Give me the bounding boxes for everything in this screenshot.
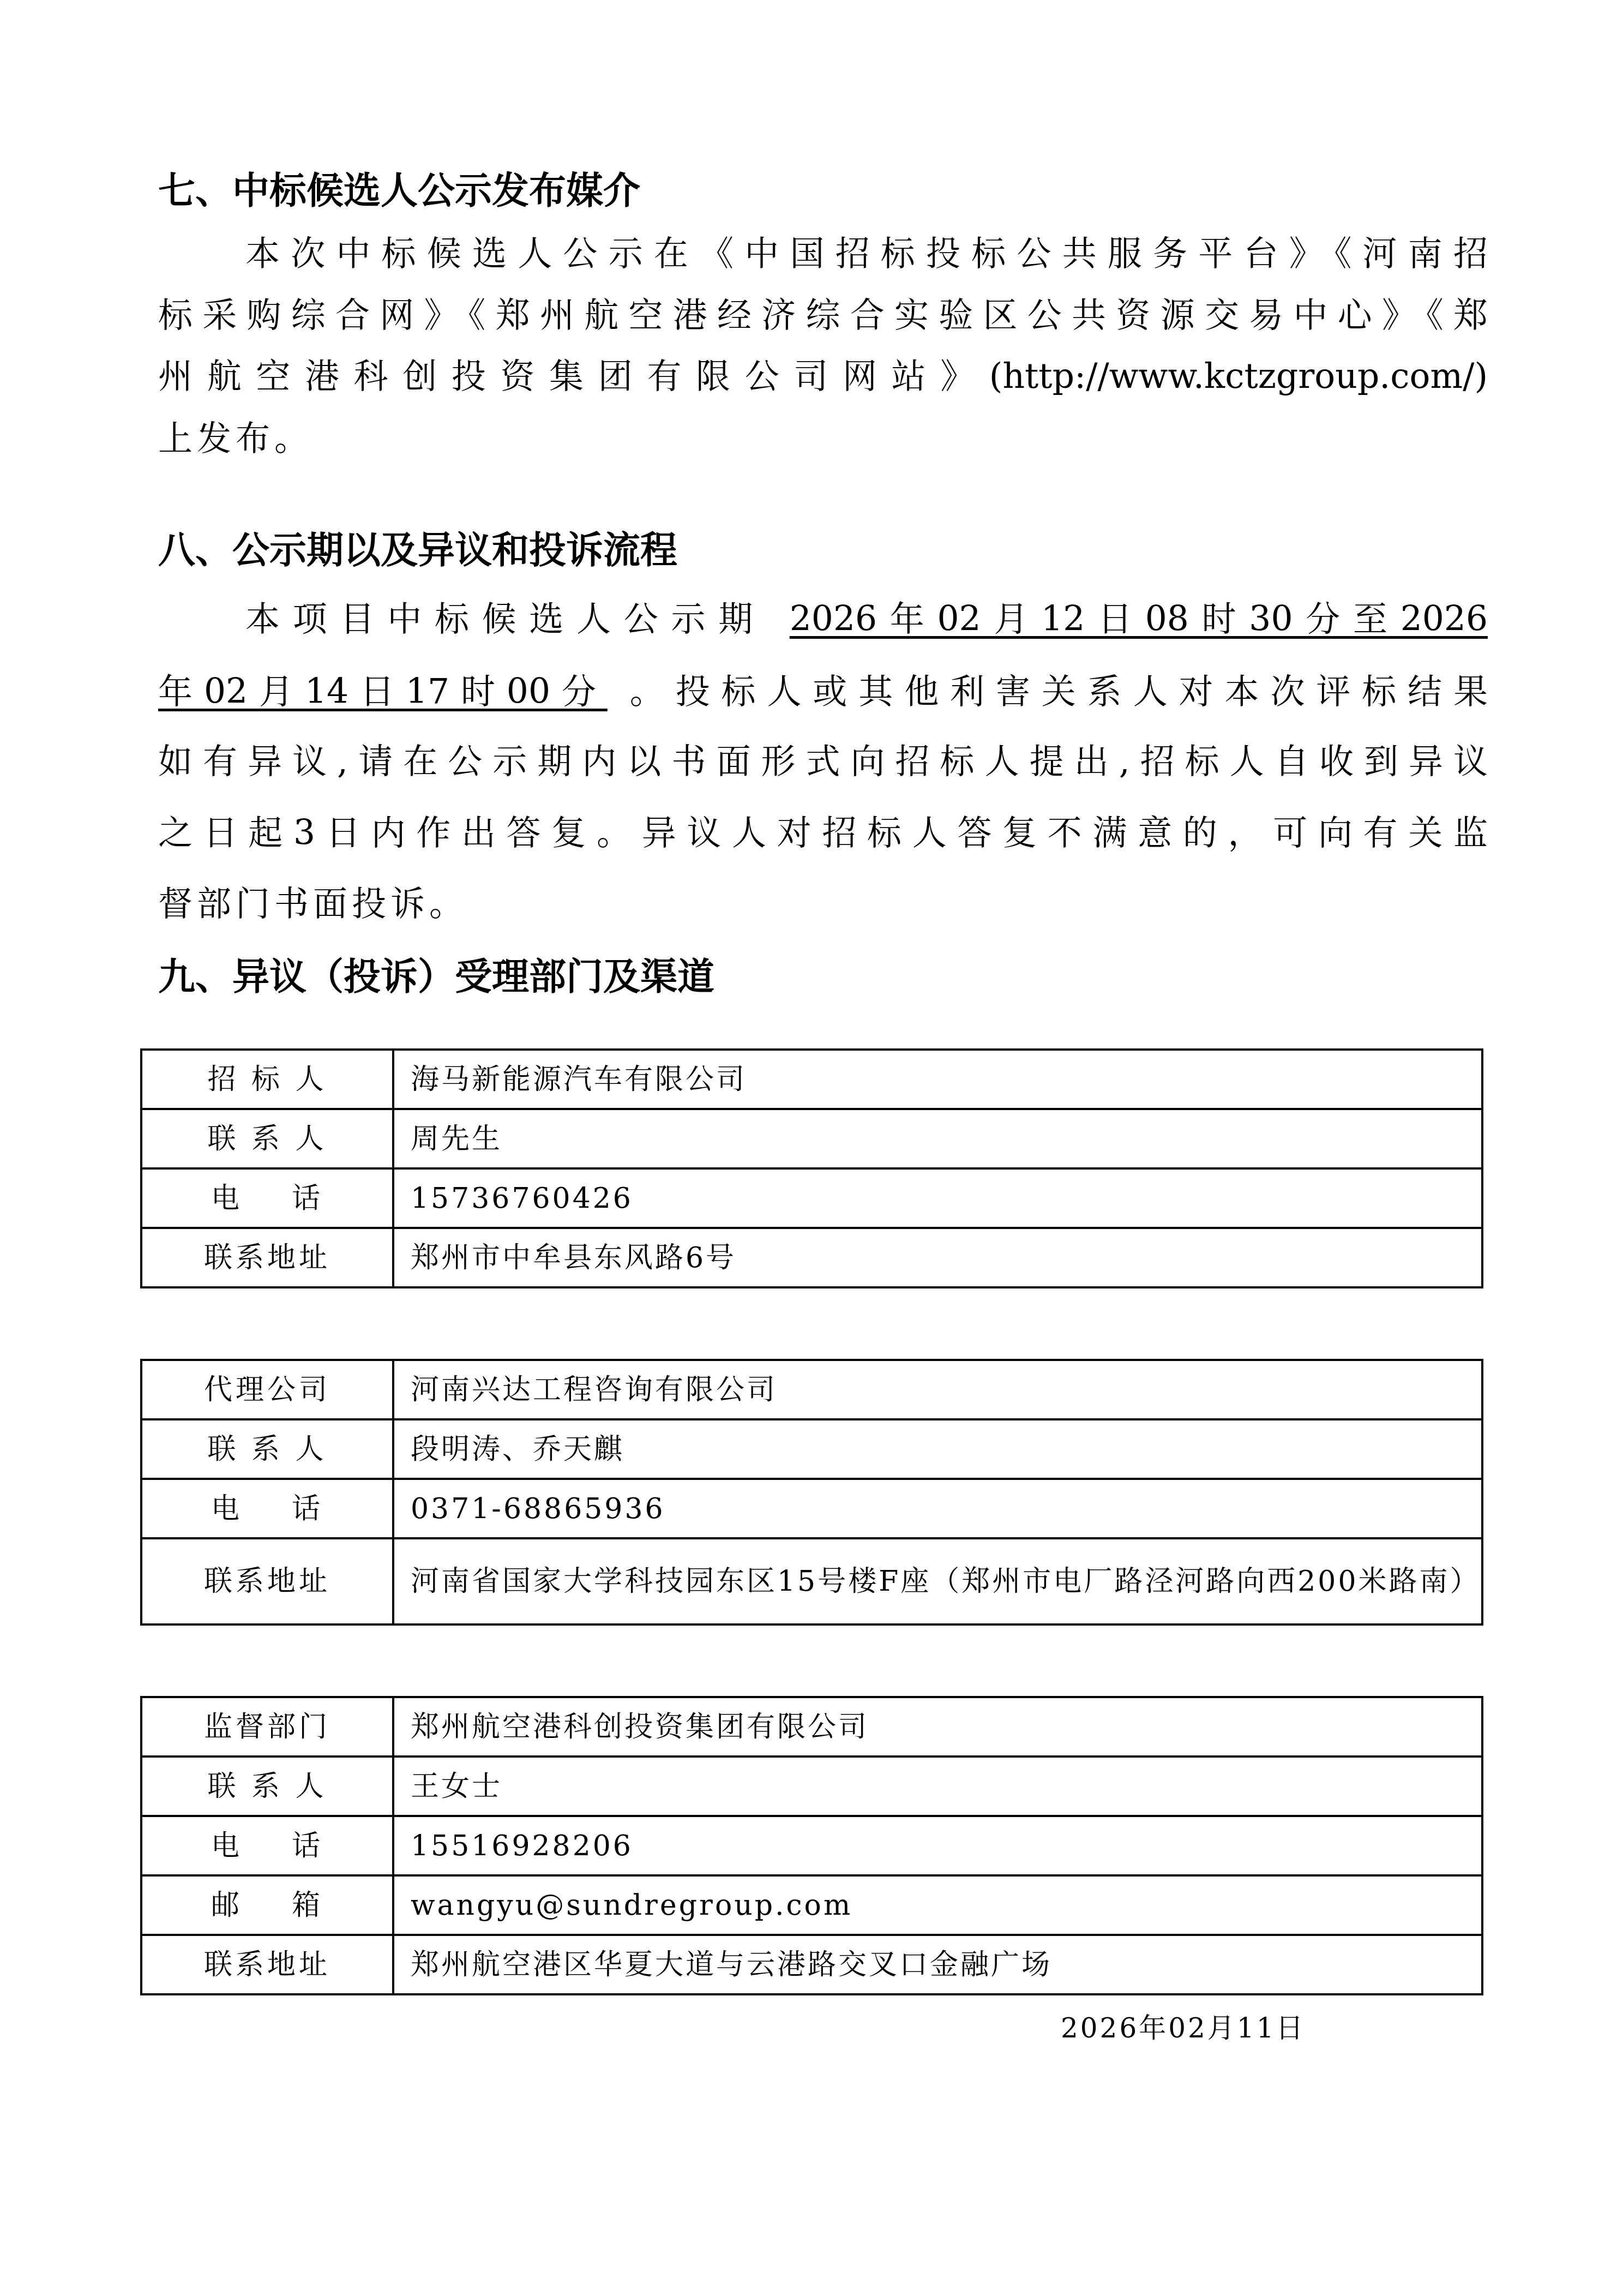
value-address: 郑州市中牟县东风路6号	[393, 1228, 1482, 1287]
label-address: 联系地址	[141, 1538, 393, 1624]
value-address: 郑州航空港区华夏大道与云港路交叉口金融广场	[393, 1935, 1482, 1994]
table-row: 联系地址郑州航空港区华夏大道与云港路交叉口金融广场	[141, 1935, 1482, 1994]
table-row: 联系地址河南省国家大学科技园东区15号楼F座（郑州市电厂路泾河路向西200米路南…	[141, 1538, 1482, 1624]
paragraph-line: 如有异议,请在公示期内以书面形式向招标人提出,招标人自收到异议	[158, 740, 1488, 783]
label-contact-person: 联 系 人	[141, 1757, 393, 1816]
tenderer-contact-table: 招 标 人海马新能源汽车有限公司 联 系 人周先生 电 话15736760426…	[140, 1048, 1483, 1288]
paragraph-line: 督部门书面投诉。	[158, 882, 1488, 926]
table-row: 代理公司河南兴达工程咨询有限公司	[141, 1360, 1482, 1419]
label-contact-person: 联 系 人	[141, 1419, 393, 1479]
label-supervisor: 监督部门	[141, 1697, 393, 1757]
value-phone: 15516928206	[393, 1816, 1482, 1875]
paragraph-line: 本项目中标候选人公示期 2026年02月12日08时30分至2026	[245, 597, 1488, 641]
table-row: 电 话15516928206	[141, 1816, 1482, 1875]
paragraph-line: 上发布。	[158, 417, 1488, 460]
value-agency: 河南兴达工程咨询有限公司	[393, 1360, 1482, 1419]
table-row: 联 系 人段明涛、乔天麒	[141, 1419, 1482, 1479]
agency-contact-table: 代理公司河南兴达工程咨询有限公司 联 系 人段明涛、乔天麒 电 话0371-68…	[140, 1359, 1483, 1626]
paragraph-line: 之日起3日内作出答复。异议人对招标人答复不满意的，可向有关监	[158, 811, 1488, 855]
table-row: 联系地址郑州市中牟县东风路6号	[141, 1228, 1482, 1287]
value-contact-person: 段明涛、乔天麒	[393, 1419, 1482, 1479]
table-row: 电 话15736760426	[141, 1168, 1482, 1228]
label-address: 联系地址	[141, 1935, 393, 1994]
table-row: 监督部门郑州航空港科创投资集团有限公司	[141, 1697, 1482, 1757]
label-contact-person: 联 系 人	[141, 1109, 393, 1168]
table-row: 邮 箱wangyu@sundregroup.com	[141, 1875, 1482, 1935]
label-agency: 代理公司	[141, 1360, 393, 1419]
signature-date: 2026年02月11日	[1061, 2012, 1306, 2045]
value-phone: 15736760426	[393, 1168, 1482, 1228]
label-tenderer: 招 标 人	[141, 1050, 393, 1109]
value-supervisor: 郑州航空港科创投资集团有限公司	[393, 1697, 1482, 1757]
label-phone: 电 话	[141, 1816, 393, 1875]
label-phone: 电 话	[141, 1479, 393, 1538]
period-intro: 本项目中标候选人公示期	[245, 599, 766, 639]
table-row: 联 系 人周先生	[141, 1109, 1482, 1168]
paragraph-line: 标采购综合网》《郑州航空港经济综合实验区公共资源交易中心》《郑	[158, 293, 1488, 337]
section-heading-complaint-channels: 九、异议（投诉）受理部门及渠道	[158, 956, 1489, 999]
label-phone: 电 话	[141, 1168, 393, 1228]
table-row: 电 话0371-68865936	[141, 1479, 1482, 1538]
paragraph-line: 州航空港科创投资集团有限公司网站》(http://www.kctzgroup.c…	[158, 355, 1488, 398]
value-contact-person: 周先生	[393, 1109, 1482, 1168]
objection-intro: 。投标人或其他利害关系人对本次评标结果	[630, 672, 1488, 711]
supervisor-contact-table: 监督部门郑州航空港科创投资集团有限公司 联 系 人王女士 电 话15516928…	[140, 1696, 1483, 1995]
publicity-period-end: 年02月14日17时00分	[158, 672, 608, 711]
value-email[interactable]: wangyu@sundregroup.com	[393, 1875, 1482, 1935]
value-phone: 0371-68865936	[393, 1479, 1482, 1538]
paragraph-line: 年02月14日17时00分 。投标人或其他利害关系人对本次评标结果	[158, 670, 1488, 714]
section-heading-objection-process: 八、公示期以及异议和投诉流程	[158, 529, 1489, 573]
value-tenderer: 海马新能源汽车有限公司	[393, 1050, 1482, 1109]
value-address: 河南省国家大学科技园东区15号楼F座（郑州市电厂路泾河路向西200米路南）	[393, 1538, 1482, 1624]
section-heading-publication-media: 七、中标候选人公示发布媒介	[158, 170, 1489, 213]
paragraph-line: 本次中标候选人公示在《中国招标投标公共服务平台》《河南招	[245, 232, 1488, 275]
publicity-period-start: 2026年02月12日08时30分至2026	[790, 599, 1488, 639]
value-contact-person: 王女士	[393, 1757, 1482, 1816]
label-email: 邮 箱	[141, 1875, 393, 1935]
table-row: 招 标 人海马新能源汽车有限公司	[141, 1050, 1482, 1109]
label-address: 联系地址	[141, 1228, 393, 1287]
table-row: 联 系 人王女士	[141, 1757, 1482, 1816]
